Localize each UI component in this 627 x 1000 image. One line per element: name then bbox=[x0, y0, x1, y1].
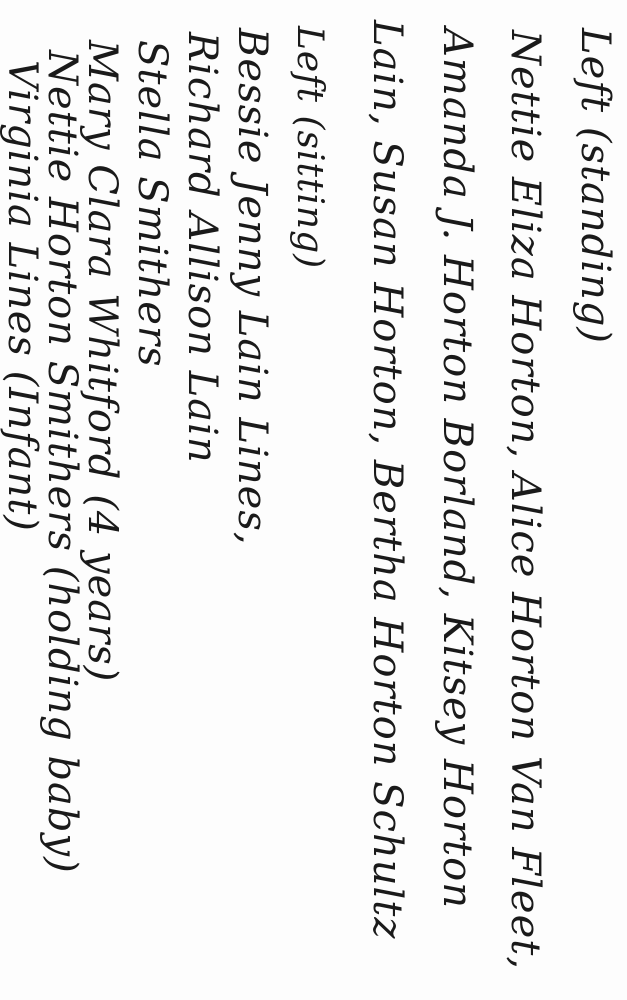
standing-names-line-2: Amanda J. Horton Borland, Kitsey Horton bbox=[437, 28, 477, 909]
sitting-names-line-5: Nettie Horton Smithers (holding baby) bbox=[42, 50, 82, 874]
sitting-names-line-2: Richard Allison Lain bbox=[182, 32, 222, 464]
standing-names-line-1: Nettie Eliza Horton, Alice Horton Van Fl… bbox=[505, 30, 545, 970]
sitting-names-line-4: Mary Clara Whitford (4 years) bbox=[82, 40, 122, 682]
handwritten-page: Left (standing) Nettie Eliza Horton, Ali… bbox=[0, 0, 627, 1000]
heading-standing: Left (standing) bbox=[575, 28, 615, 344]
sitting-names-line-6: Virginia Lines (Infant) bbox=[2, 60, 42, 532]
rotated-writing-area: Left (standing) Nettie Eliza Horton, Ali… bbox=[0, 0, 627, 1000]
heading-sitting: Left (sitting) bbox=[291, 26, 327, 269]
sitting-names-line-1: Bessie Jenny Lain Lines, bbox=[232, 28, 272, 546]
standing-names-line-3: Lain, Susan Horton, Bertha Horton Schult… bbox=[367, 20, 407, 939]
sitting-names-line-3: Stella Smithers bbox=[132, 40, 172, 368]
